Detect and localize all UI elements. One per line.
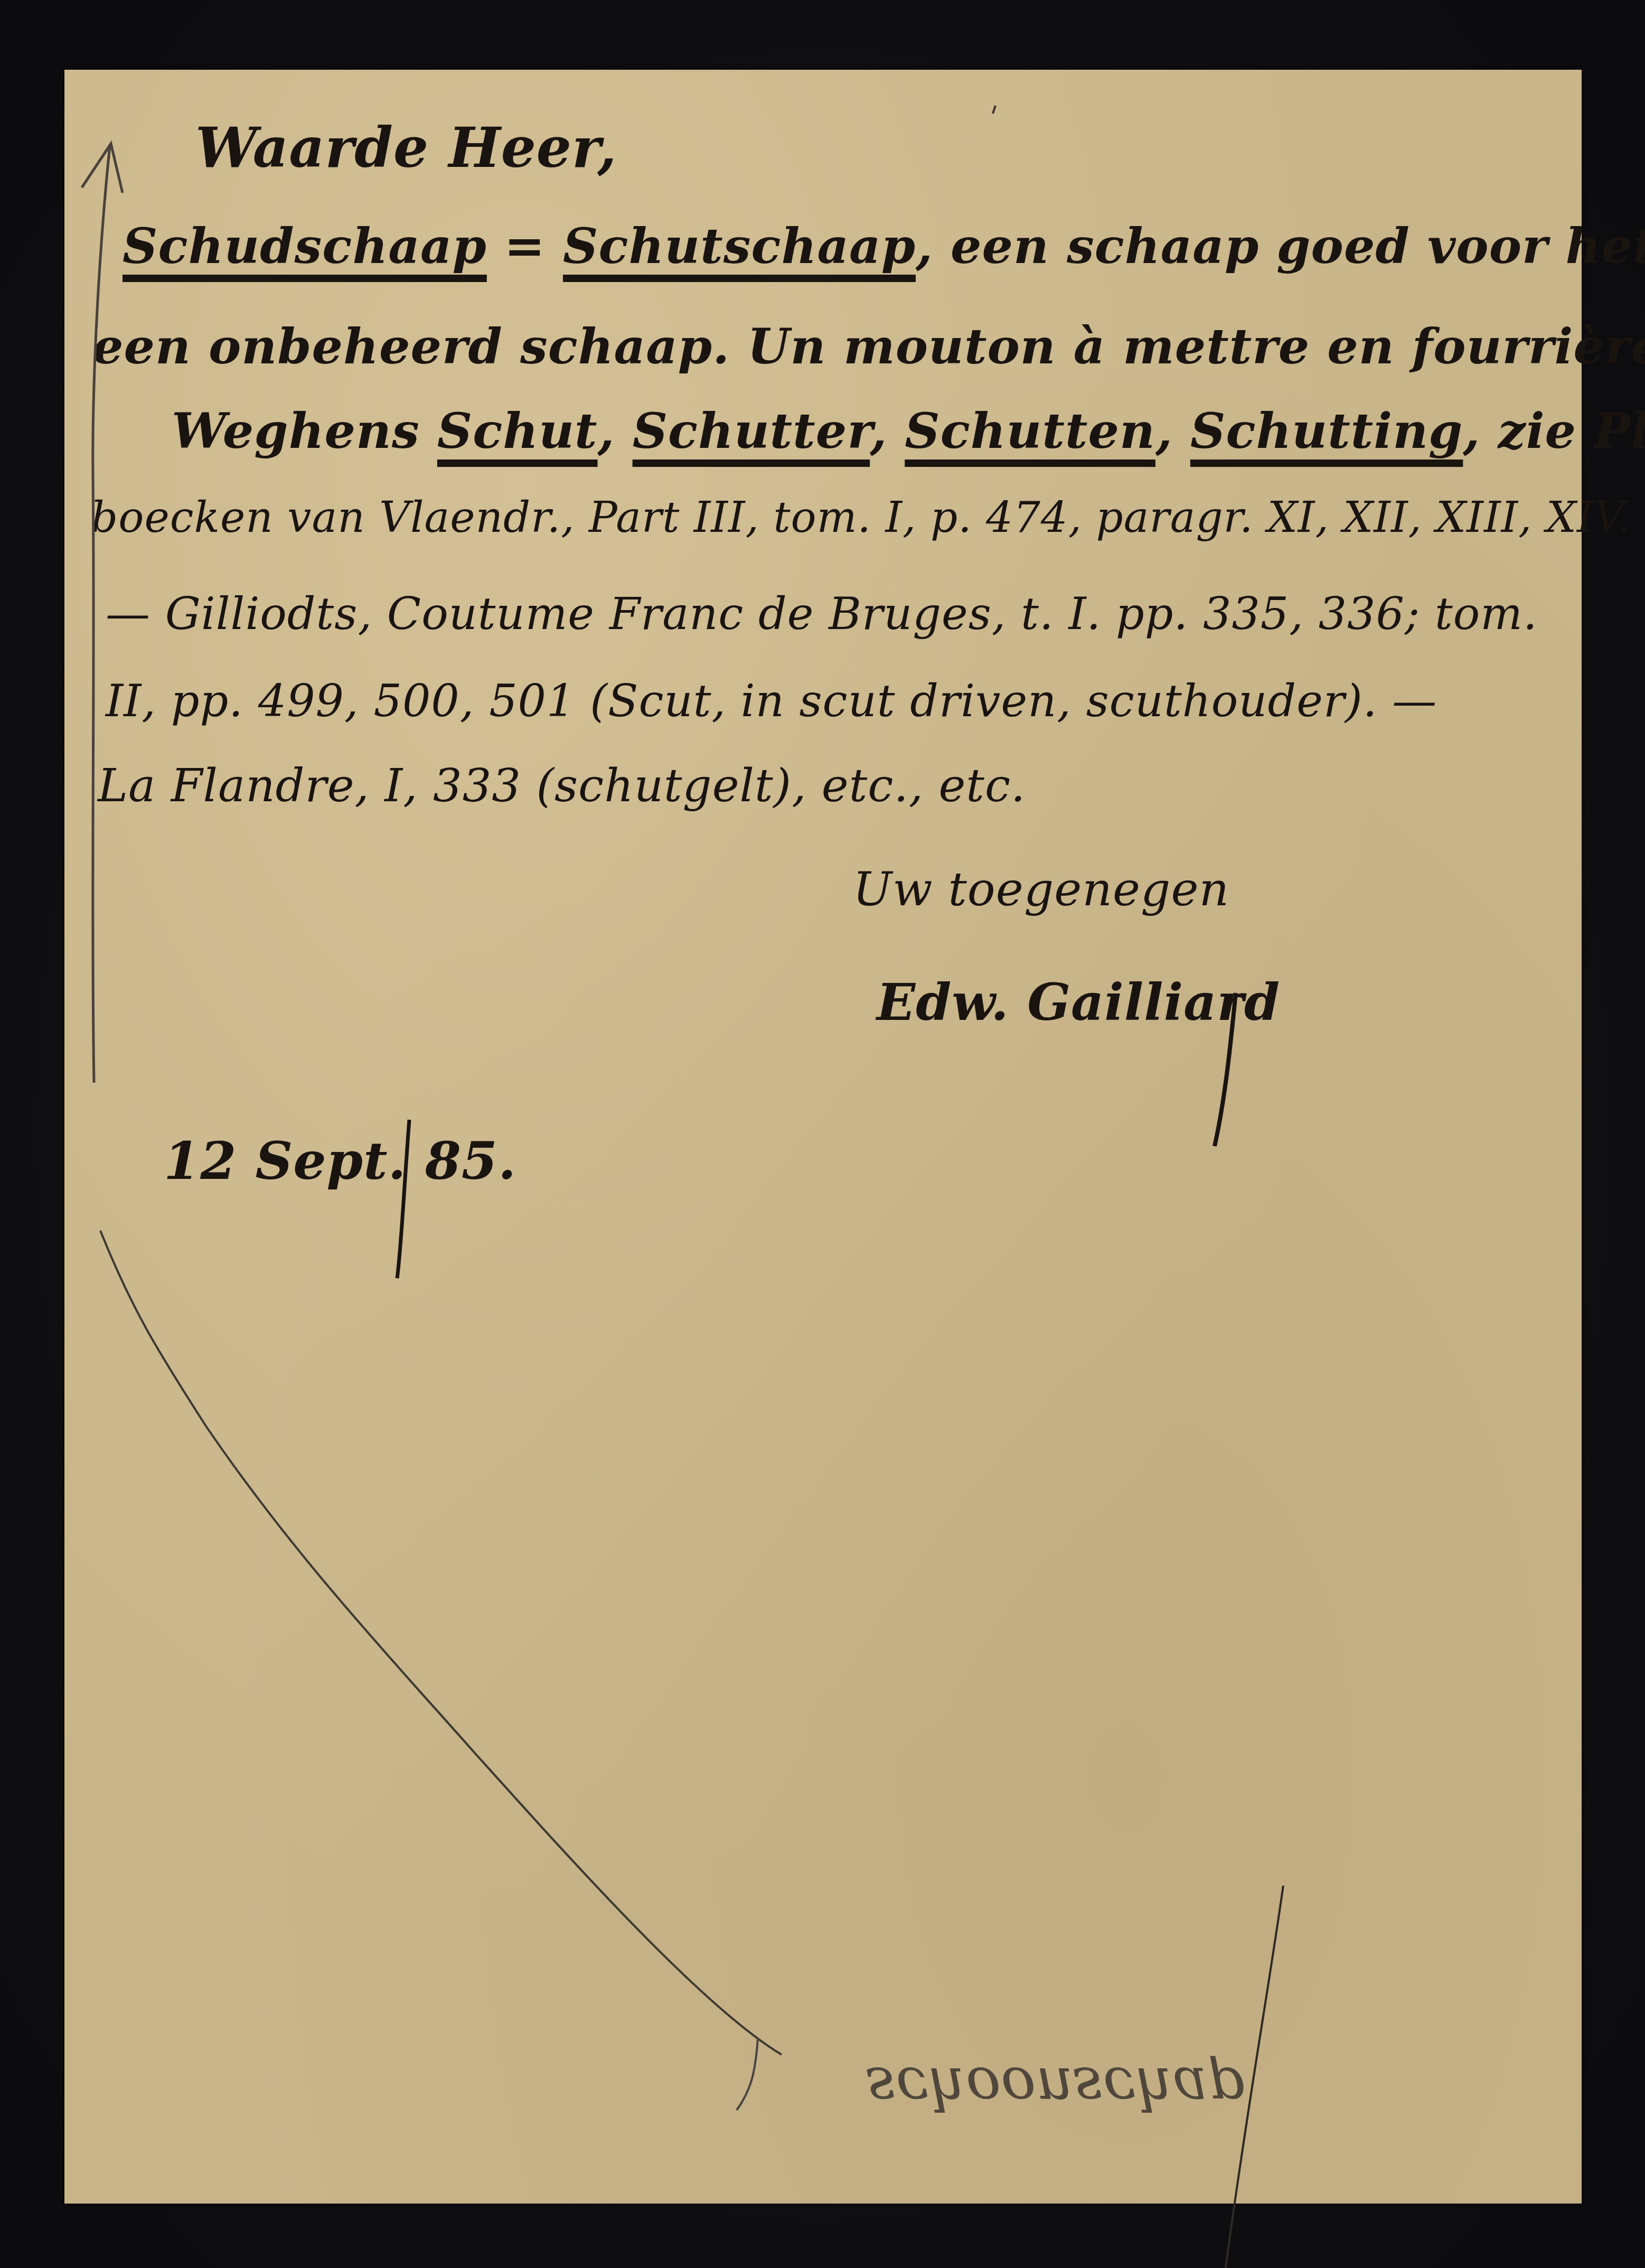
line-1-rest: , een schaap goed voor het schut,: [916, 218, 1645, 275]
date: 12 Sept. 85.: [164, 1136, 516, 1187]
comma: ,: [870, 402, 905, 460]
term-schutten: Schutten: [905, 402, 1155, 460]
letter-line-5: — Gilliodts, Coutume Franc de Bruges, t.…: [106, 592, 1538, 636]
letter-line-6: II, pp. 499, 500, 501 (Scut, in scut dri…: [106, 679, 1437, 723]
salutation: Waarde Heer,: [195, 120, 617, 175]
letter-line-3: Weghens Schut, Schutter, Schutten, Schut…: [172, 407, 1645, 455]
term-schutting: Schutting: [1190, 402, 1463, 460]
comma: ,: [1155, 402, 1190, 460]
term-schudschaap: Schudschaap: [123, 218, 487, 275]
pencil-inverted-note: schoonschap: [866, 2055, 1245, 2122]
letter-line-4: boecken van Vlaendr., Part III, tom. I, …: [91, 496, 1632, 539]
signature: Edw. Gailliard: [877, 977, 1280, 1028]
closing: Uw toegenegen: [853, 866, 1229, 913]
letter-line-2: een onbeheerd schaap. Un mouton à mettre…: [92, 322, 1645, 371]
letter-line-7: La Flandre, I, 333 (schutgelt), etc., et…: [98, 763, 1026, 809]
term-schutschaap: Schutschaap: [563, 218, 916, 275]
line-3-rest: , zie Placaet-: [1463, 402, 1645, 460]
term-schutter: Schutter: [633, 402, 870, 460]
letter-line-1: Schudschaap = Schutschaap, een schaap go…: [123, 222, 1645, 270]
equals-sign: =: [487, 218, 563, 275]
term-schut: Schut: [437, 402, 598, 460]
comma: ,: [598, 402, 633, 460]
word-weghens: Weghens: [172, 402, 437, 460]
